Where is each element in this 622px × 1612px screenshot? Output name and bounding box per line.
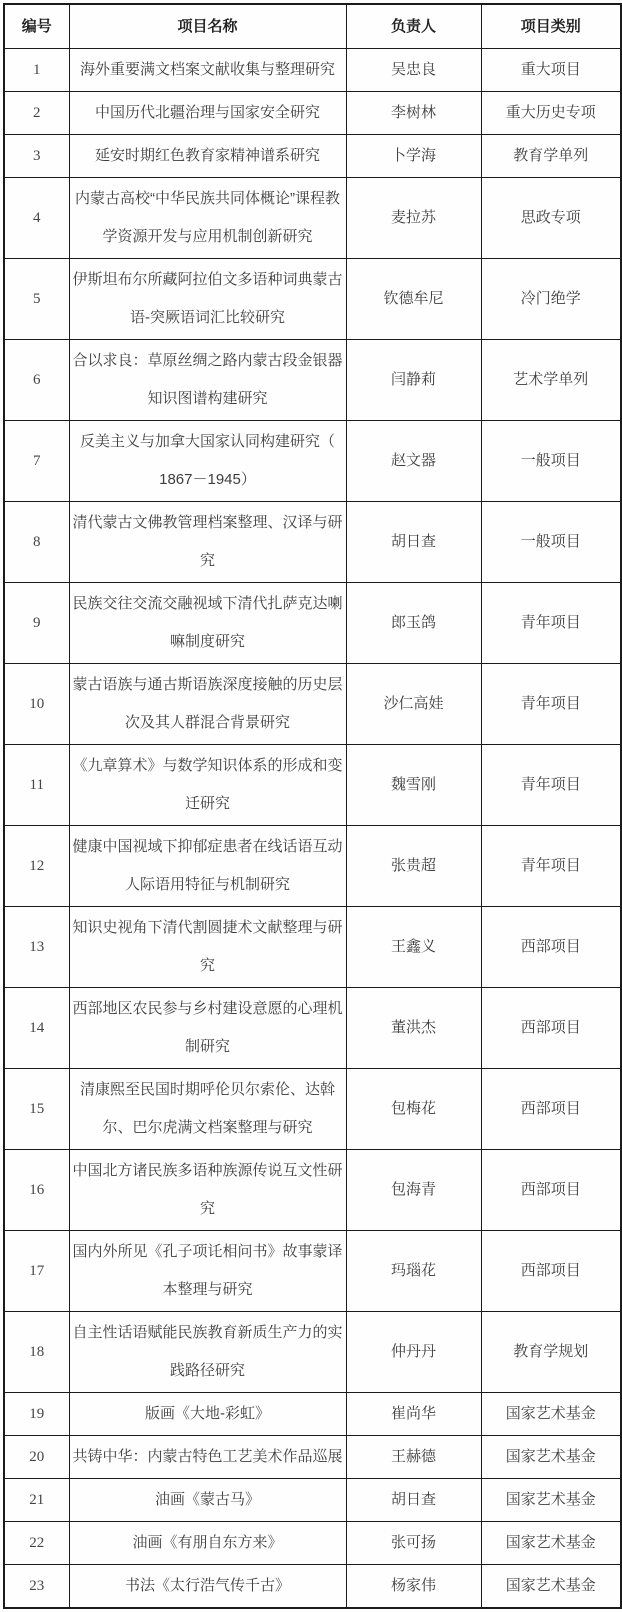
project-leader: 吴忠良 [346, 49, 481, 92]
project-leader: 胡日查 [346, 1479, 481, 1522]
project-category: 教育学单列 [481, 135, 621, 178]
table-row: 14西部地区农民参与乡村建设意愿的心理机制研究董洪杰西部项目 [4, 988, 621, 1069]
row-number: 1 [4, 49, 69, 92]
col-header-category: 项目类别 [481, 4, 621, 49]
table-row: 10蒙古语族与通古斯语族深度接触的历史层次及其人群混合背景研究沙仁高娃青年项目 [4, 664, 621, 745]
project-category: 艺术学单列 [481, 340, 621, 421]
project-category: 教育学规划 [481, 1312, 621, 1393]
project-category: 重大项目 [481, 49, 621, 92]
project-leader: 仲丹丹 [346, 1312, 481, 1393]
project-category: 国家艺术基金 [481, 1479, 621, 1522]
table-row: 5伊斯坦布尔所藏阿拉伯文多语种词典蒙古语-突厥语词汇比较研究钦德牟尼冷门绝学 [4, 259, 621, 340]
row-number: 5 [4, 259, 69, 340]
row-number: 22 [4, 1522, 69, 1565]
project-category: 重大历史专项 [481, 92, 621, 135]
table-row: 3延安时期红色教育家精神谱系研究卜学海教育学单列 [4, 135, 621, 178]
col-header-name: 项目名称 [69, 4, 346, 49]
project-category: 青年项目 [481, 664, 621, 745]
row-number: 2 [4, 92, 69, 135]
project-leader: 包梅花 [346, 1069, 481, 1150]
project-name: 油画《蒙古马》 [69, 1479, 346, 1522]
project-name: 健康中国视域下抑郁症患者在线话语互动人际语用特征与机制研究 [69, 826, 346, 907]
table-row: 13知识史视角下清代割圆捷术文献整理与研究王鑫义西部项目 [4, 907, 621, 988]
project-category: 国家艺术基金 [481, 1522, 621, 1565]
table-row: 18自主性话语赋能民族教育新质生产力的实践路径研究仲丹丹教育学规划 [4, 1312, 621, 1393]
project-leader: 董洪杰 [346, 988, 481, 1069]
project-category: 西部项目 [481, 1069, 621, 1150]
row-number: 14 [4, 988, 69, 1069]
project-leader: 张贵超 [346, 826, 481, 907]
project-leader: 胡日查 [346, 502, 481, 583]
table-row: 2中国历代北疆治理与国家安全研究李树林重大历史专项 [4, 92, 621, 135]
project-category: 西部项目 [481, 988, 621, 1069]
col-header-leader: 负责人 [346, 4, 481, 49]
row-number: 13 [4, 907, 69, 988]
project-leader: 包海青 [346, 1150, 481, 1231]
table-row: 7反美主义与加拿大国家认同构建研究（ 1867－1945）赵文器一般项目 [4, 421, 621, 502]
project-name: 共铸中华：内蒙古特色工艺美术作品巡展 [69, 1436, 346, 1479]
project-name: 《九章算术》与数学知识体系的形成和变迁研究 [69, 745, 346, 826]
row-number: 8 [4, 502, 69, 583]
project-leader: 李树林 [346, 92, 481, 135]
project-leader: 麦拉苏 [346, 178, 481, 259]
table-row: 11《九章算术》与数学知识体系的形成和变迁研究魏雪刚青年项目 [4, 745, 621, 826]
project-name: 中国北方诸民族多语种族源传说互文性研究 [69, 1150, 346, 1231]
project-leader: 玛瑙花 [346, 1231, 481, 1312]
table-row: 17国内外所见《孔子项讬相问书》故事蒙译本整理与研究玛瑙花西部项目 [4, 1231, 621, 1312]
row-number: 20 [4, 1436, 69, 1479]
project-name: 版画《大地-彩虹》 [69, 1393, 346, 1436]
page: 编号 项目名称 负责人 项目类别 1海外重要满文档案文献收集与整理研究吴忠良重大… [0, 0, 622, 1612]
table-row: 21油画《蒙古马》胡日查国家艺术基金 [4, 1479, 621, 1522]
row-number: 10 [4, 664, 69, 745]
project-name: 伊斯坦布尔所藏阿拉伯文多语种词典蒙古语-突厥语词汇比较研究 [69, 259, 346, 340]
project-leader: 王赫德 [346, 1436, 481, 1479]
project-category: 一般项目 [481, 421, 621, 502]
project-name: 中国历代北疆治理与国家安全研究 [69, 92, 346, 135]
project-leader: 杨家伟 [346, 1565, 481, 1609]
project-name: 内蒙古高校“中华民族共同体概论”课程教学资源开发与应用机制创新研究 [69, 178, 346, 259]
project-name: 海外重要满文档案文献收集与整理研究 [69, 49, 346, 92]
table-row: 20共铸中华：内蒙古特色工艺美术作品巡展王赫德国家艺术基金 [4, 1436, 621, 1479]
project-name: 延安时期红色教育家精神谱系研究 [69, 135, 346, 178]
col-header-number: 编号 [4, 4, 69, 49]
project-name: 书法《太行浩气传千古》 [69, 1565, 346, 1609]
table-row: 19版画《大地-彩虹》崔尚华国家艺术基金 [4, 1393, 621, 1436]
table-row: 6合以求良：草原丝绸之路内蒙古段金银器知识图谱构建研究闫静莉艺术学单列 [4, 340, 621, 421]
project-category: 冷门绝学 [481, 259, 621, 340]
project-category: 西部项目 [481, 907, 621, 988]
project-name: 国内外所见《孔子项讬相问书》故事蒙译本整理与研究 [69, 1231, 346, 1312]
project-leader: 闫静莉 [346, 340, 481, 421]
row-number: 9 [4, 583, 69, 664]
project-leader: 魏雪刚 [346, 745, 481, 826]
project-name: 西部地区农民参与乡村建设意愿的心理机制研究 [69, 988, 346, 1069]
table-row: 16中国北方诸民族多语种族源传说互文性研究包海青西部项目 [4, 1150, 621, 1231]
project-name: 清康熙至民国时期呼伦贝尔索伦、达斡尔、巴尔虎满文档案整理与研究 [69, 1069, 346, 1150]
project-leader: 卜学海 [346, 135, 481, 178]
row-number: 6 [4, 340, 69, 421]
project-category: 思政专项 [481, 178, 621, 259]
row-number: 17 [4, 1231, 69, 1312]
row-number: 23 [4, 1565, 69, 1609]
table-row: 1海外重要满文档案文献收集与整理研究吴忠良重大项目 [4, 49, 621, 92]
project-name: 自主性话语赋能民族教育新质生产力的实践路径研究 [69, 1312, 346, 1393]
project-name: 油画《有朋自东方来》 [69, 1522, 346, 1565]
project-category: 青年项目 [481, 745, 621, 826]
project-leader: 张可扬 [346, 1522, 481, 1565]
table-row: 22油画《有朋自东方来》张可扬国家艺术基金 [4, 1522, 621, 1565]
table-row: 9民族交往交流交融视域下清代扎萨克达喇嘛制度研究郎玉鸽青年项目 [4, 583, 621, 664]
project-leader: 王鑫义 [346, 907, 481, 988]
row-number: 11 [4, 745, 69, 826]
project-leader: 郎玉鸽 [346, 583, 481, 664]
project-name: 反美主义与加拿大国家认同构建研究（ 1867－1945） [69, 421, 346, 502]
table-row: 8清代蒙古文佛教管理档案整理、汉译与研究胡日查一般项目 [4, 502, 621, 583]
project-leader: 沙仁高娃 [346, 664, 481, 745]
project-name: 知识史视角下清代割圆捷术文献整理与研究 [69, 907, 346, 988]
project-category: 国家艺术基金 [481, 1565, 621, 1609]
project-leader: 赵文器 [346, 421, 481, 502]
project-name: 蒙古语族与通古斯语族深度接触的历史层次及其人群混合背景研究 [69, 664, 346, 745]
row-number: 12 [4, 826, 69, 907]
project-leader: 崔尚华 [346, 1393, 481, 1436]
project-category: 国家艺术基金 [481, 1393, 621, 1436]
project-name: 合以求良：草原丝绸之路内蒙古段金银器知识图谱构建研究 [69, 340, 346, 421]
project-name: 民族交往交流交融视域下清代扎萨克达喇嘛制度研究 [69, 583, 346, 664]
row-number: 15 [4, 1069, 69, 1150]
table-row: 4内蒙古高校“中华民族共同体概论”课程教学资源开发与应用机制创新研究麦拉苏思政专… [4, 178, 621, 259]
project-category: 青年项目 [481, 826, 621, 907]
project-leader: 钦德牟尼 [346, 259, 481, 340]
row-number: 3 [4, 135, 69, 178]
project-category: 青年项目 [481, 583, 621, 664]
row-number: 19 [4, 1393, 69, 1436]
table-row: 15清康熙至民国时期呼伦贝尔索伦、达斡尔、巴尔虎满文档案整理与研究包梅花西部项目 [4, 1069, 621, 1150]
row-number: 4 [4, 178, 69, 259]
header-row: 编号 项目名称 负责人 项目类别 [4, 4, 621, 49]
row-number: 7 [4, 421, 69, 502]
project-category: 国家艺术基金 [481, 1436, 621, 1479]
project-name: 清代蒙古文佛教管理档案整理、汉译与研究 [69, 502, 346, 583]
row-number: 21 [4, 1479, 69, 1522]
table-row: 12健康中国视域下抑郁症患者在线话语互动人际语用特征与机制研究张贵超青年项目 [4, 826, 621, 907]
table-body: 1海外重要满文档案文献收集与整理研究吴忠良重大项目2中国历代北疆治理与国家安全研… [4, 49, 621, 1609]
table-row: 23书法《太行浩气传千古》杨家伟国家艺术基金 [4, 1565, 621, 1609]
project-category: 一般项目 [481, 502, 621, 583]
row-number: 16 [4, 1150, 69, 1231]
project-category: 西部项目 [481, 1150, 621, 1231]
projects-table: 编号 项目名称 负责人 项目类别 1海外重要满文档案文献收集与整理研究吴忠良重大… [3, 3, 622, 1609]
row-number: 18 [4, 1312, 69, 1393]
project-category: 西部项目 [481, 1231, 621, 1312]
